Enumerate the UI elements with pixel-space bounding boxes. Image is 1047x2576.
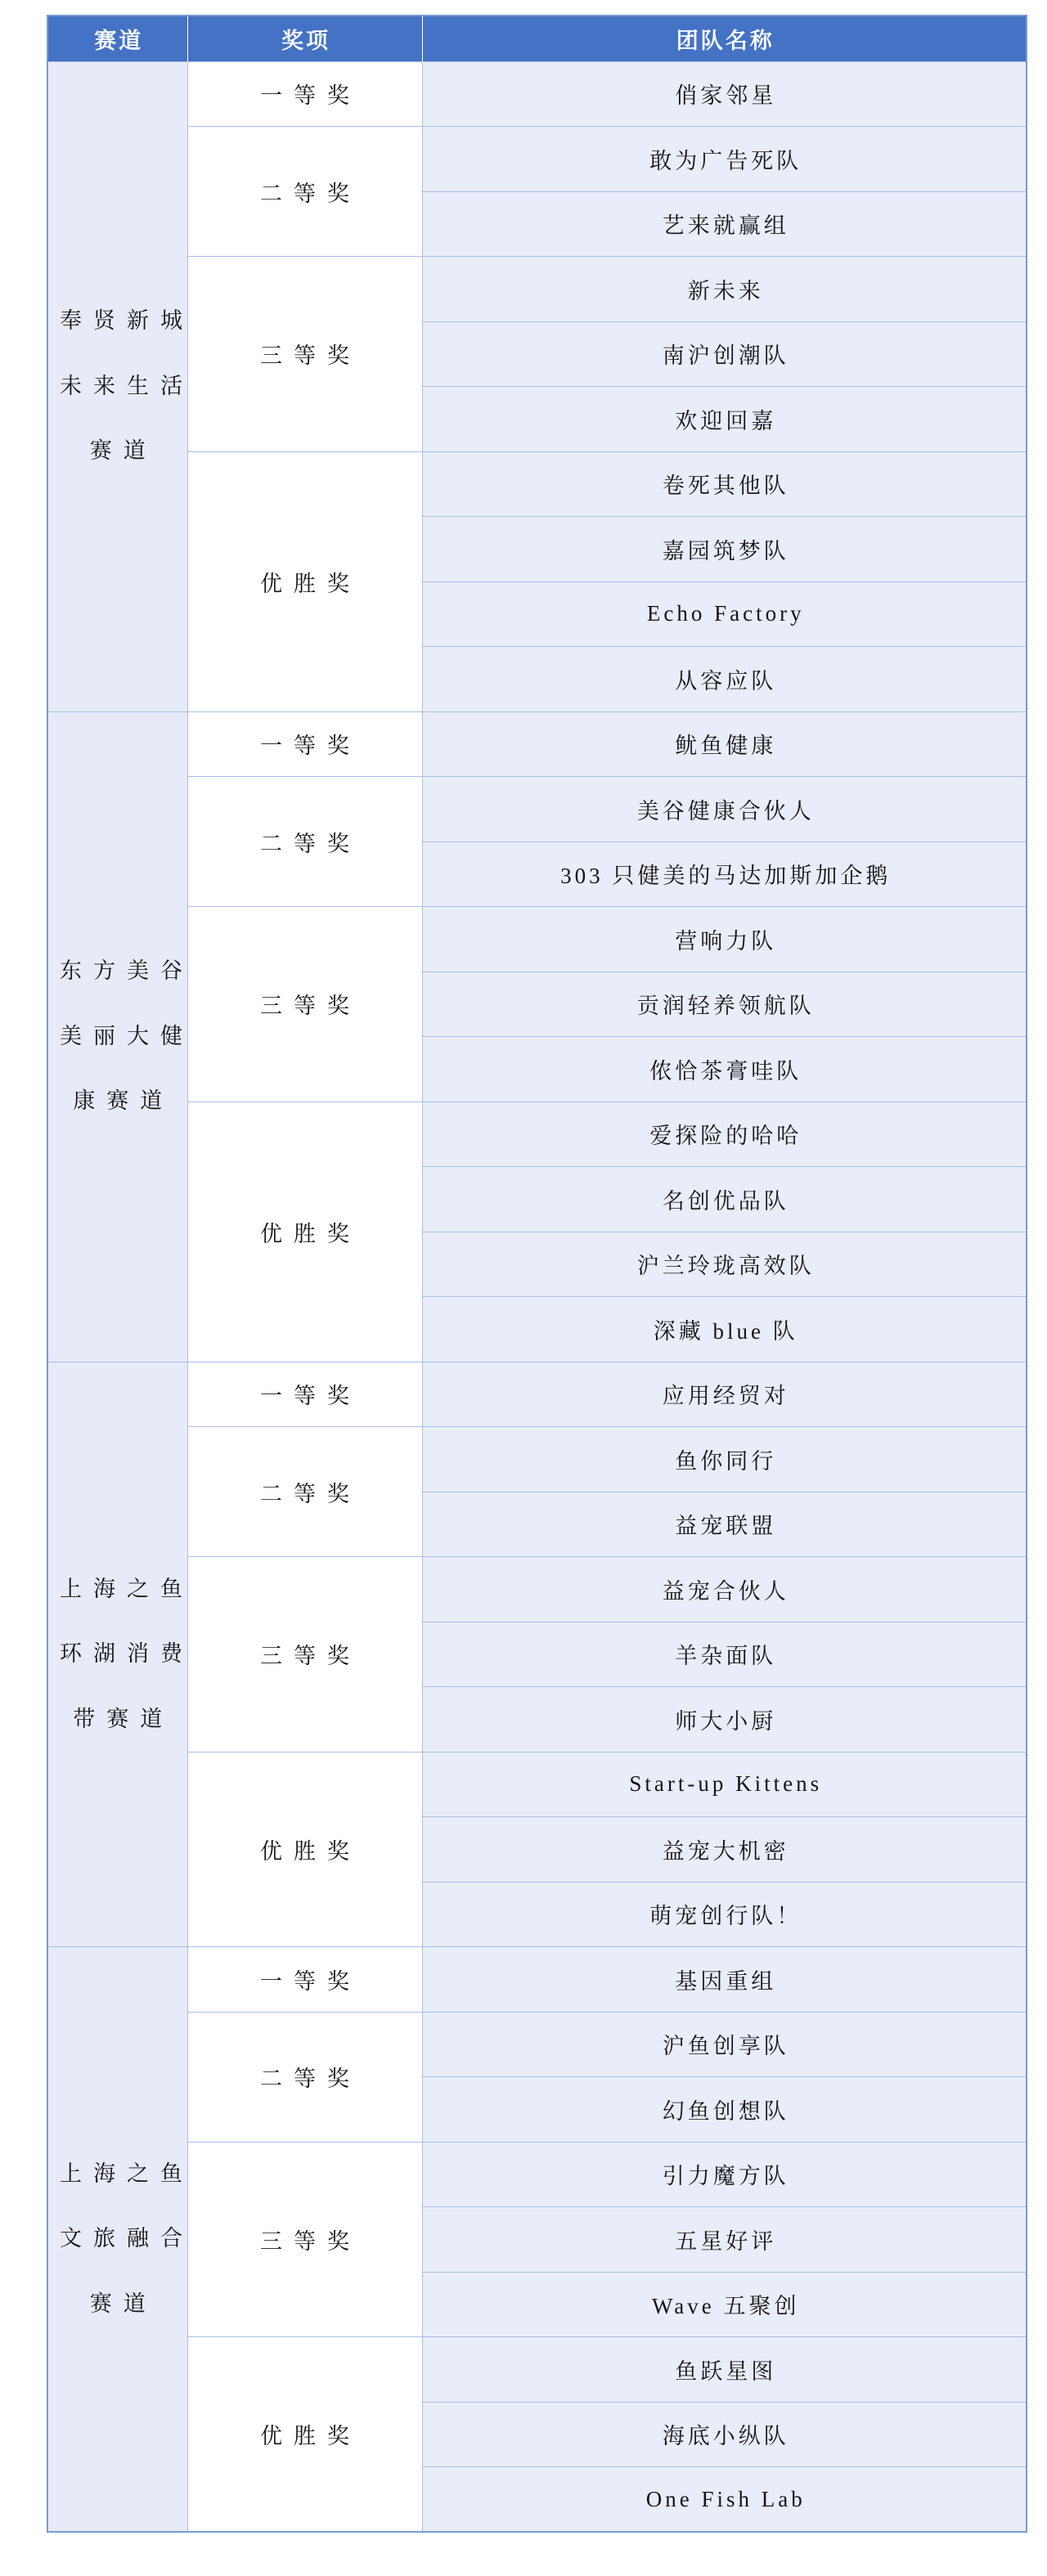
award-cell: 二等奖 [187, 127, 422, 257]
team-cell: 名创优品队 [422, 1167, 1027, 1232]
team-cell: 益宠联盟 [422, 1492, 1027, 1557]
team-cell: 敢为广告死队 [422, 127, 1027, 192]
award-cell: 优胜奖 [187, 451, 422, 711]
table-row: 优胜奖Start-up Kittens [47, 1752, 1027, 1817]
team-cell: 幻鱼创想队 [422, 2077, 1027, 2143]
team-cell: Start-up Kittens [422, 1752, 1027, 1817]
table-row: 三等奖益宠合伙人 [47, 1557, 1027, 1622]
team-cell: 贡润轻养领航队 [422, 972, 1027, 1037]
track-name-line: 赛道 [48, 419, 187, 484]
team-cell: 鱼跃星图 [422, 2337, 1027, 2403]
table-row: 三等奖营响力队 [47, 907, 1027, 972]
team-cell: 师大小厨 [422, 1687, 1027, 1752]
track-name-line: 奉贤新城 [48, 289, 187, 354]
team-cell: 侬恰茶膏哇队 [422, 1037, 1027, 1102]
award-cell: 三等奖 [187, 1557, 422, 1752]
table-row: 三等奖新未来 [47, 257, 1027, 322]
award-cell: 一等奖 [187, 1947, 422, 2013]
award-cell: 优胜奖 [187, 1102, 422, 1362]
track-name-line: 上海之鱼 [48, 2142, 187, 2207]
team-cell: 羊杂面队 [422, 1622, 1027, 1687]
award-cell: 一等奖 [187, 711, 422, 777]
team-cell: 益宠合伙人 [422, 1557, 1027, 1622]
team-cell: 营响力队 [422, 907, 1027, 972]
table-row: 二等奖沪鱼创享队 [47, 2012, 1027, 2077]
team-cell: 卷死其他队 [422, 451, 1027, 517]
track-name-line: 未来生活 [48, 354, 187, 420]
table-row: 上海之鱼文旅融合赛道一等奖基因重组 [47, 1947, 1027, 2013]
team-cell: 艺来就赢组 [422, 191, 1027, 257]
column-header-track: 赛道 [47, 16, 187, 61]
team-cell: 萌宠创行队！ [422, 1882, 1027, 1947]
team-cell: 爱探险的哈哈 [422, 1102, 1027, 1167]
team-cell: 五星好评 [422, 2207, 1027, 2273]
team-cell: 沪兰玲珑高效队 [422, 1232, 1027, 1297]
award-cell: 三等奖 [187, 907, 422, 1102]
team-cell: 鱼你同行 [422, 1427, 1027, 1492]
team-cell: 海底小纵队 [422, 2402, 1027, 2467]
awards-table: 赛道 奖项 团队名称 奉贤新城未来生活赛道一等奖俏家邻星二等奖敢为广告死队艺来就… [47, 15, 1027, 2533]
team-cell: 益宠大机密 [422, 1817, 1027, 1883]
team-cell: 应用经贸对 [422, 1362, 1027, 1427]
team-cell: Wave 五聚创 [422, 2272, 1027, 2337]
table-row: 二等奖美谷健康合伙人 [47, 777, 1027, 842]
column-header-team: 团队名称 [422, 16, 1027, 61]
table-row: 东方美谷美丽大健康赛道一等奖鱿鱼健康 [47, 711, 1027, 777]
table-row: 二等奖敢为广告死队 [47, 127, 1027, 192]
track-cell: 东方美谷美丽大健康赛道 [47, 711, 187, 1362]
award-cell: 三等奖 [187, 2142, 422, 2337]
award-cell: 二等奖 [187, 777, 422, 907]
track-name-line: 文旅融合 [48, 2206, 187, 2272]
team-cell: 沪鱼创享队 [422, 2012, 1027, 2077]
award-cell: 优胜奖 [187, 1752, 422, 1947]
team-cell: 基因重组 [422, 1947, 1027, 2013]
team-cell: 从容应队 [422, 647, 1027, 712]
award-cell: 优胜奖 [187, 2337, 422, 2533]
award-cell: 一等奖 [187, 61, 422, 127]
award-cell: 一等奖 [187, 1362, 422, 1427]
document-page: 赛道 奖项 团队名称 奉贤新城未来生活赛道一等奖俏家邻星二等奖敢为广告死队艺来就… [0, 0, 1047, 2576]
table-body: 奉贤新城未来生活赛道一等奖俏家邻星二等奖敢为广告死队艺来就赢组三等奖新未来南沪创… [47, 61, 1027, 2532]
award-cell: 二等奖 [187, 2012, 422, 2142]
team-cell: 俏家邻星 [422, 61, 1027, 127]
table-row: 优胜奖爱探险的哈哈 [47, 1102, 1027, 1167]
table-row: 上海之鱼环湖消费带赛道一等奖应用经贸对 [47, 1362, 1027, 1427]
team-cell: Echo Factory [422, 581, 1027, 647]
table-row: 奉贤新城未来生活赛道一等奖俏家邻星 [47, 61, 1027, 127]
table-row: 二等奖鱼你同行 [47, 1427, 1027, 1492]
header-row: 赛道 奖项 团队名称 [47, 16, 1027, 61]
team-cell: 欢迎回嘉 [422, 387, 1027, 452]
track-name-line: 美丽大健 [48, 1004, 187, 1070]
team-cell: 南沪创潮队 [422, 321, 1027, 387]
team-cell: 嘉园筑梦队 [422, 517, 1027, 582]
track-name-line: 带赛道 [48, 1687, 187, 1752]
team-cell: 美谷健康合伙人 [422, 777, 1027, 842]
track-name-line: 康赛道 [48, 1069, 187, 1134]
track-name-line: 赛道 [48, 2272, 187, 2337]
table-row: 三等奖引力魔方队 [47, 2142, 1027, 2207]
table-row: 优胜奖鱼跃星图 [47, 2337, 1027, 2403]
team-cell: 引力魔方队 [422, 2142, 1027, 2207]
track-name-line: 上海之鱼 [48, 1557, 187, 1622]
track-name-line: 环湖消费 [48, 1622, 187, 1687]
track-cell: 奉贤新城未来生活赛道 [47, 61, 187, 711]
track-cell: 上海之鱼文旅融合赛道 [47, 1947, 187, 2533]
award-cell: 三等奖 [187, 257, 422, 452]
team-cell: 新未来 [422, 257, 1027, 322]
column-header-award: 奖项 [187, 16, 422, 61]
team-cell: One Fish Lab [422, 2467, 1027, 2533]
award-cell: 二等奖 [187, 1427, 422, 1557]
team-cell: 深藏 blue 队 [422, 1297, 1027, 1362]
table-row: 优胜奖卷死其他队 [47, 451, 1027, 517]
team-cell: 鱿鱼健康 [422, 711, 1027, 777]
track-name-line: 东方美谷 [48, 939, 187, 1004]
track-cell: 上海之鱼环湖消费带赛道 [47, 1362, 187, 1947]
team-cell: 303 只健美的马达加斯加企鹅 [422, 841, 1027, 907]
